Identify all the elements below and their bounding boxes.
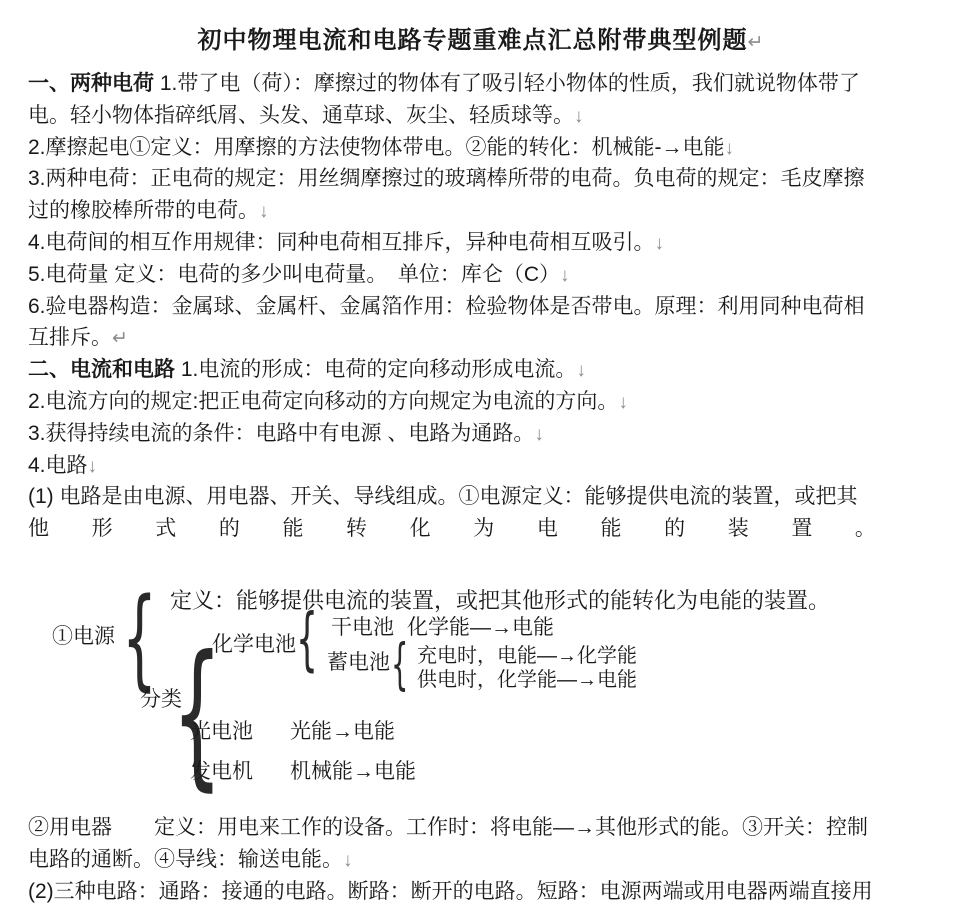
justified-char: 形 [92,513,113,545]
diagram-dry-battery: 干电池 [331,611,394,641]
text-segment: 1.带了电（荷）：摩擦过的物体有了吸引轻小物体的性质，我们就说物体带了 [160,72,860,95]
justified-char: 电 [537,513,558,545]
justified-char: 能 [600,513,621,545]
formatting-mark: ↓ [560,265,570,286]
text-segment: 互排斥。 [28,326,112,349]
concept-diagram: 定义：能够提供电流的装置，或把其他形式的能转化为电能的装置。 ①电源 分类 化学… [0,550,962,812]
justified-char: 转 [346,513,367,545]
justified-char: 他 [28,513,49,545]
justified-char: 的 [219,513,240,545]
formatting-mark: ↓ [343,850,353,871]
text-segment: 4.电荷间的相互作用规律：同种电荷相互排斥，异种电荷相互吸引。 [28,231,655,254]
text-segment: 1.电流的形成：电荷的定向移动形成电流。 [181,358,577,381]
brace-storage [391,637,409,692]
text-segment: 2.摩擦起电①定义：用摩擦的方法使物体带电。②能的转化：机械能-→电能 [28,136,725,159]
justified-char: 装 [728,513,749,545]
text-segment: 电路的通断。④导线：输送电能。 [28,848,343,871]
document-page: 初中物理电流和电路专题重难点汇总附带典型例题↵ 一、两种电荷 1.带了电（荷）：… [0,0,962,907]
text-line: 4.电路↓ [28,450,934,482]
justified-char: 能 [282,513,303,545]
formatting-mark: ↓ [259,201,269,222]
text-segment: 过的橡胶棒所带的电荷。 [28,199,259,222]
formatting-mark: ↓ [725,138,735,159]
bottom-text: ②用电器 定义：用电来工作的设备。工作时：将电能—→其他形式的能。③开关：控制电… [28,812,934,907]
text-line: 电。轻小物体指碎纸屑、头发、通草球、灰尘、轻质球等。↓ [28,100,934,132]
diagram-chemical-battery: 化学电池 [212,628,296,658]
text-line: 一、两种电荷 1.带了电（荷）：摩擦过的物体有了吸引轻小物体的性质，我们就说物体… [28,68,934,100]
text-line: 3.两种电荷：正电荷的规定：用丝绸摩擦过的玻璃棒所带的电荷。负电荷的规定：毛皮摩… [28,163,934,195]
text-line: 二、电流和电路 1.电流的形成：电荷的定向移动形成电流。↓ [28,354,934,386]
brace-chemical [296,605,318,674]
text-segment: 电。轻小物体指碎纸屑、头发、通草球、灰尘、轻质球等。 [28,104,574,127]
diagram-dry-battery-conversion: 化学能—→电能 [407,611,554,641]
text-line: 3.获得持续电流的条件：电路中有电源 、电路为通路。↓ [28,418,934,450]
diagram-source-label: ①电源 [52,620,115,650]
text-segment: 3.获得持续电流的条件：电路中有电源 、电路为通路。 [28,422,534,445]
text-line: (1) 电路是由电源、用电器、开关、导线组成。①电源定义：能够提供电流的装置，或… [28,481,934,513]
text-line: 6.验电器构造：金属球、金属杆、金属箔作用：检验物体是否带电。原理：利用同种电荷… [28,291,934,323]
diagram-generator: 发电机 [190,755,253,785]
formatting-mark: ↓ [618,392,628,413]
diagram-storage-battery: 蓄电池 [327,646,390,676]
justified-char: 化 [410,513,431,545]
brace-source [122,583,157,693]
formatting-mark: ↓ [574,106,584,127]
formatting-mark: ↓ [88,456,98,477]
diagram-generator-conversion: 机械能→电能 [290,755,416,785]
formatting-mark: ↓ [576,360,586,381]
text-segment: (2)三种电路：通路：接通的电路。断路：断开的电路。短路：电源两端或用电器两端直… [28,880,873,903]
justified-char: 的 [664,513,685,545]
diagram-photo-conversion: 光能→电能 [290,715,395,745]
page-title: 初中物理电流和电路专题重难点汇总附带典型例题↵ [0,20,962,55]
diagram-discharging: 供电时，化学能—→电能 [417,663,637,692]
justified-char: 。 [855,513,876,545]
text-segment: 一、两种电荷 [28,72,160,95]
formatting-mark: ↓ [655,233,665,254]
text-segment: (1) 电路是由电源、用电器、开关、导线组成。①电源定义：能够提供电流的装置，或… [28,485,858,508]
formatting-mark: ↓ [534,424,544,445]
text-segment: 3.两种电荷：正电荷的规定：用丝绸摩擦过的玻璃棒所带的电荷。负电荷的规定：毛皮摩… [28,167,865,190]
text-segment: 4.电路 [28,454,88,477]
justified-char: 为 [473,513,494,545]
body-text: 一、两种电荷 1.带了电（荷）：摩擦过的物体有了吸引轻小物体的性质，我们就说物体… [28,68,934,545]
text-segment: 二、电流和电路 [28,358,181,381]
text-segment: 5.电荷量 定义：电荷的多少叫电荷量。 单位：库仑（C） [28,263,560,286]
text-line: (2)三种电路：通路：接通的电路。断路：断开的电路。短路：电源两端或用电器两端直… [28,876,934,907]
formatting-mark: ↵ [112,328,128,349]
text-line: 过的橡胶棒所带的电荷。↓ [28,195,934,227]
text-line: ②用电器 定义：用电来工作的设备。工作时：将电能—→其他形式的能。③开关：控制 [28,812,934,844]
text-line: 2.摩擦起电①定义：用摩擦的方法使物体带电。②能的转化：机械能-→电能↓ [28,132,934,164]
justified-char: 式 [155,513,176,545]
justified-char: 置 [791,513,812,545]
text-segment: 6.验电器构造：金属球、金属杆、金属箔作用：检验物体是否带电。原理：利用同种电荷… [28,295,865,318]
diagram-photo-battery: 光电池 [190,715,253,745]
page-title-text: 初中物理电流和电路专题重难点汇总附带典型例题 [198,27,748,54]
text-line: 5.电荷量 定义：电荷的多少叫电荷量。 单位：库仑（C）↓ [28,259,934,291]
text-segment: ②用电器 定义：用电来工作的设备。工作时：将电能—→其他形式的能。③开关：控制 [28,816,868,839]
text-line: 4.电荷间的相互作用规律：同种电荷相互排斥，异种电荷相互吸引。↓ [28,227,934,259]
text-line: 2.电流方向的规定:把正电荷定向移动的方向规定为电流的方向。↓ [28,386,934,418]
paragraph-end-mark: ↵ [748,32,765,53]
text-line: 互排斥。↵ [28,322,934,354]
text-line: 他形式的能转化为电能的装置。 [28,513,876,545]
text-segment: 2.电流方向的规定:把正电荷定向移动的方向规定为电流的方向。 [28,390,618,413]
text-line: 电路的通断。④导线：输送电能。↓ [28,844,934,876]
